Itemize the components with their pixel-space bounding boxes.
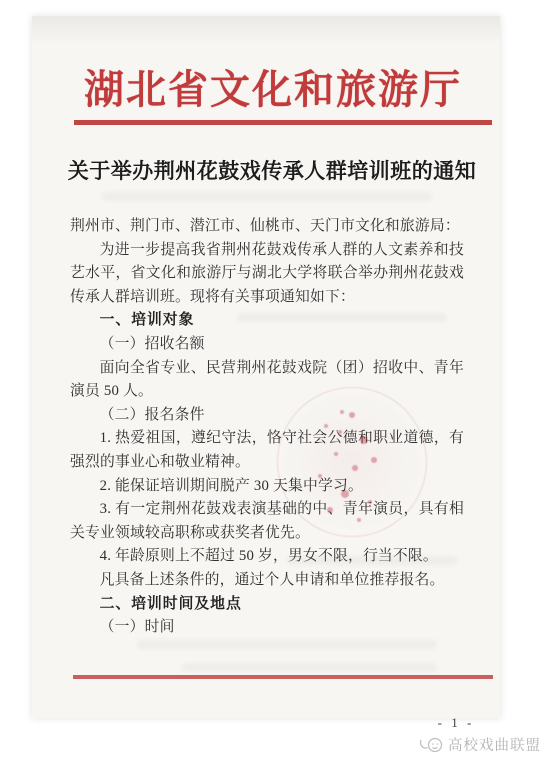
- body-paragraph: 4. 年龄原则上不超过 50 岁，男女不限，行当不限。: [70, 545, 464, 569]
- opera-mask-icon: [419, 736, 445, 754]
- body-paragraph: （二）报名条件: [70, 404, 464, 428]
- page-number: - 1 -: [424, 715, 488, 731]
- ink-bleedthrough-smudge: [102, 192, 432, 201]
- body-paragraph: （一）招收名额: [70, 333, 464, 357]
- ink-bleedthrough-smudge: [182, 663, 437, 672]
- scanned-document-page: 湖北省文化和旅游厅 关于举办荆州花鼓戏传承人群培训班的通知 荆州市、荆门市、潜江…: [32, 16, 500, 718]
- watermark-label: 高校戏曲联盟: [448, 734, 541, 755]
- document-body: 荆州市、荆门市、潜江市、仙桃市、天门市文化和旅游局： 为进一步提高我省荆州花鼓戏…: [70, 215, 464, 640]
- body-paragraph: （一）时间: [70, 616, 464, 640]
- section-heading: 二、培训时间及地点: [70, 593, 464, 617]
- footer-double-rule: [73, 675, 493, 679]
- body-paragraph: 凡具备上述条件的，通过个人申请和单位推荐报名。: [70, 569, 464, 593]
- body-paragraph: 面向全省专业、民营荆州花鼓戏院（团）招收中、青年演员 50 人。: [70, 357, 464, 404]
- letterhead-double-rule: [74, 120, 492, 125]
- notice-title: 关于举办荆州花鼓戏传承人群培训班的通知: [32, 157, 500, 185]
- letterhead-title: 湖北省文化和旅游厅: [32, 66, 500, 114]
- body-paragraph: 1. 热爱祖国，遵纪守法，恪守社会公德和职业道德，有强烈的事业心和敬业精神。: [70, 427, 464, 474]
- section-heading: 一、培训对象: [70, 309, 464, 333]
- body-paragraph: 2. 能保证培训期间脱产 30 天集中学习。: [70, 475, 464, 499]
- watermark: 高校戏曲联盟: [419, 734, 541, 755]
- addressee-line: 荆州市、荆门市、潜江市、仙桃市、天门市文化和旅游局：: [70, 215, 464, 239]
- ink-bleedthrough-smudge: [137, 640, 437, 649]
- body-paragraph: 为进一步提高我省荆州花鼓戏传承人群的人文素养和技艺水平，省文化和旅游厅与湖北大学…: [70, 239, 464, 310]
- body-paragraph: 3. 有一定荆州花鼓戏表演基础的中、青年演员，具有相关专业领域较高职称或获奖者优…: [70, 498, 464, 545]
